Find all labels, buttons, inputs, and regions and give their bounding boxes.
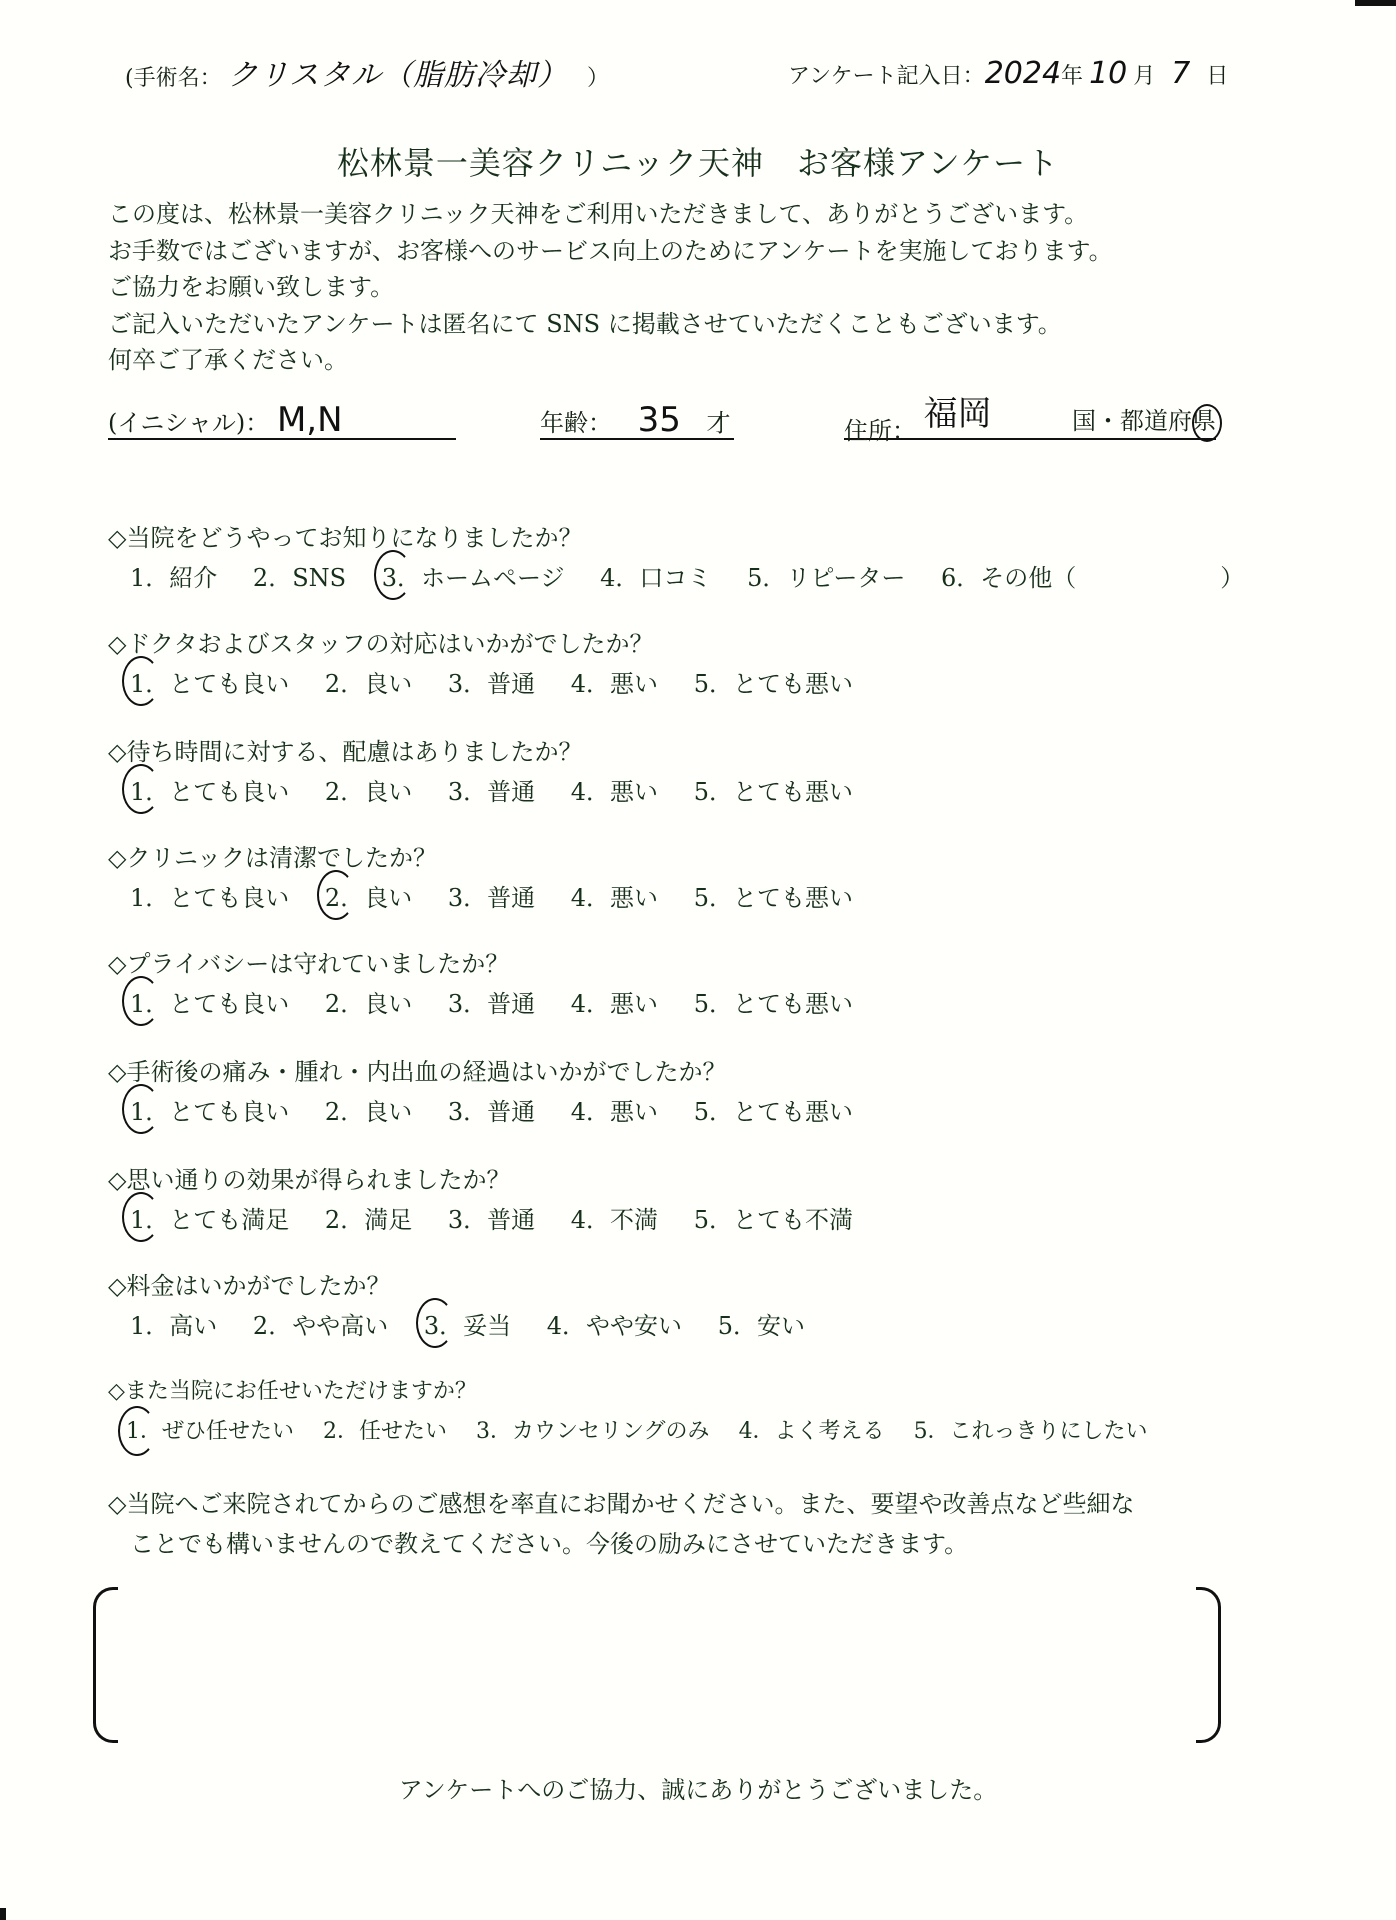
option[interactable]: 3．普通 (448, 984, 535, 1019)
option[interactable]: 4．悪い (571, 1092, 658, 1127)
option[interactable]: 3．カウンセリングのみ (476, 1414, 710, 1445)
procedure-value: クリスタル（脂肪冷却） (228, 58, 553, 93)
option-selected[interactable]: 2．良い (325, 878, 412, 913)
address-label: 住所： (844, 417, 916, 445)
option[interactable]: 4．悪い (571, 878, 658, 913)
year-unit: 年 (1061, 64, 1083, 89)
intro-line: この度は、松林景一美容クリニック天神をご利用いただきまして、ありがとうございます… (108, 196, 1113, 233)
question-wait-time: ◇待ち時間に対する、配慮はありましたか？ 1．とても良い 2．良い 3．普通 4… (108, 732, 881, 807)
option-group: 1．高い 2．やや高い 3．妥当 4．やや安い 5．安い (108, 1306, 833, 1341)
question-results: ◇思い通りの効果が得られましたか？ 1．とても満足 2．満足 3．普通 4．不満… (108, 1160, 881, 1235)
question-privacy: ◇プライバシーは守れていましたか？ 1．とても良い 2．良い 3．普通 4．悪い… (108, 944, 881, 1019)
option[interactable]: 3．普通 (448, 1092, 535, 1127)
option[interactable]: 5．これっきりにしたい (914, 1414, 1148, 1445)
option[interactable]: 1．とても良い (130, 878, 289, 913)
comments-prompt: ◇当院へご来院されてからのご感想を率直にお聞かせください。また、要望や改善点など… (108, 1484, 1134, 1564)
selected-circle: 1．とても満足 (130, 1200, 289, 1235)
option[interactable]: 4．悪い (571, 772, 658, 807)
option-group: 1．とても満足 2．満足 3．普通 4．不満 5．とても不満 (108, 1200, 881, 1235)
selected-circle: 1．ぜひ任せたい (126, 1414, 294, 1445)
option[interactable]: 5．とても悪い (694, 878, 853, 913)
option-group: 1．とても良い 2．良い 3．普通 4．悪い 5．とても悪い (108, 664, 881, 699)
option[interactable]: 2．やや高い (253, 1306, 388, 1341)
intro-line: お手数ではございますが、お客様へのサービス向上のためにアンケートを実施しておりま… (108, 233, 1113, 270)
day-unit: 日 (1206, 64, 1228, 89)
date-year: 2024 (985, 56, 1061, 91)
question-text: ◇プライバシーは守れていましたか？ (108, 944, 881, 978)
option-group: 1．とても良い 2．良い 3．普通 4．悪い 5．とても悪い (108, 772, 881, 807)
procedure-label: (手術名： (125, 66, 222, 91)
scan-edge-mark (0, 1908, 6, 1920)
question-staff: ◇ドクタおよびスタッフの対応はいかがでしたか？ 1．とても良い 2．良い 3．普… (108, 624, 881, 699)
intro-line: ご記入いただいたアンケートは匿名にて SNS に掲載させていただくこともございま… (108, 306, 1113, 343)
option[interactable]: 3．普通 (448, 664, 535, 699)
option[interactable]: 2．良い (325, 1092, 412, 1127)
option[interactable]: 4．口コミ (600, 558, 711, 593)
option[interactable]: 5．とても不満 (694, 1200, 853, 1235)
initial-label: (イニシャル)： (108, 409, 269, 437)
option-group: 1．ぜひ任せたい 2．任せたい 3．カウンセリングのみ 4．よく考える 5．これ… (108, 1414, 1148, 1445)
comments-area[interactable] (120, 1592, 1190, 1732)
address-value: 福岡 (924, 394, 992, 434)
question-return: ◇また当院にお任せいただけますか？ 1．ぜひ任せたい 2．任せたい 3．カウンセ… (108, 1374, 1148, 1445)
option[interactable]: 5．とても悪い (694, 984, 853, 1019)
selected-circle: 1．とても良い (130, 772, 289, 807)
selected-circle: 3．ホームページ (382, 558, 565, 593)
comments-prompt-line: ことでも構いませんので教えてください。今後の励みにさせていただきます。 (108, 1524, 1134, 1564)
thank-you-footer: アンケートへのご協力、誠にありがとうございました。 (0, 1770, 1396, 1805)
address-field[interactable]: 住所： 福岡 国・都道府県 (844, 400, 1216, 440)
selected-circle: 1．とても良い (130, 1092, 289, 1127)
procedure-close: ） (587, 66, 609, 91)
question-text: ◇手術後の痛み・腫れ・内出血の経過はいかがでしたか？ (108, 1052, 881, 1086)
option[interactable]: 4．やや安い (547, 1306, 682, 1341)
month-unit: 月 (1133, 64, 1155, 89)
option-selected[interactable]: 3．妥当 (424, 1306, 511, 1341)
option-group: 1．とても良い 2．良い 3．普通 4．悪い 5．とても悪い (108, 1092, 881, 1127)
option[interactable]: 4．悪い (571, 664, 658, 699)
comment-box-right-bracket (1196, 1587, 1221, 1743)
option[interactable]: 3．普通 (448, 772, 535, 807)
question-text: ◇ドクタおよびスタッフの対応はいかがでしたか？ (108, 624, 881, 658)
prefecture-circle-mark (1192, 404, 1222, 442)
option[interactable]: 2．SNS (253, 558, 346, 593)
option[interactable]: 2．満足 (325, 1200, 412, 1235)
option[interactable]: 5．とても悪い (694, 1092, 853, 1127)
option[interactable]: 4．よく考える (739, 1414, 885, 1445)
option[interactable]: 2．良い (325, 984, 412, 1019)
survey-date: アンケート記入日：2024年10月7日 (788, 56, 1228, 91)
question-text: ◇当院をどうやってお知りになりましたか？ (108, 518, 1272, 552)
option[interactable]: 4．不満 (571, 1200, 658, 1235)
option[interactable]: 5．とても悪い (694, 664, 853, 699)
option-selected[interactable]: 3．ホームページ (382, 558, 565, 593)
option[interactable]: 5．リピーター (747, 558, 905, 593)
question-price: ◇料金はいかがでしたか？ 1．高い 2．やや高い 3．妥当 4．やや安い 5．安… (108, 1266, 833, 1341)
comment-box-left-bracket (93, 1587, 118, 1743)
option-selected[interactable]: 1．とても満足 (130, 1200, 289, 1235)
date-day: 7 (1171, 56, 1190, 91)
selected-circle: 1．とても良い (130, 664, 289, 699)
option-selected[interactable]: 1．とても良い (130, 984, 289, 1019)
option-selected[interactable]: 1．とても良い (130, 772, 289, 807)
question-text: ◇思い通りの効果が得られましたか？ (108, 1160, 881, 1194)
option[interactable]: 1．紹介 (130, 558, 217, 593)
question-referral: ◇当院をどうやってお知りになりましたか？ 1．紹介 2．SNS 3．ホームページ… (108, 518, 1272, 593)
selected-circle: 2．良い (325, 878, 412, 913)
age-label: 年齢： (540, 409, 612, 437)
option-group: 1．とても良い 2．良い 3．普通 4．悪い 5．とても悪い (108, 984, 881, 1019)
option[interactable]: 2．任せたい (323, 1414, 447, 1445)
option-group: 1．とても良い 2．良い 3．普通 4．悪い 5．とても悪い (108, 878, 881, 913)
option[interactable]: 5．とても悪い (694, 772, 853, 807)
initial-value: M,N (277, 400, 343, 440)
option-other[interactable]: 6．その他（ ） (941, 558, 1244, 593)
scan-edge-mark (1355, 0, 1396, 6)
option[interactable]: 4．悪い (571, 984, 658, 1019)
comments-prompt-line: ◇当院へご来院されてからのご感想を率直にお聞かせください。また、要望や改善点など… (108, 1484, 1134, 1524)
age-unit: 才 (707, 409, 731, 437)
question-recovery: ◇手術後の痛み・腫れ・内出血の経過はいかがでしたか？ 1．とても良い 2．良い … (108, 1052, 881, 1127)
intro-line: ご協力をお願い致します。 (108, 269, 1113, 306)
procedure-header: (手術名：クリスタル（脂肪冷却）） (125, 50, 609, 94)
question-text: ◇クリニックは清潔でしたか？ (108, 838, 881, 872)
date-label: アンケート記入日： (788, 64, 985, 89)
option[interactable]: 1．高い (130, 1306, 217, 1341)
date-month: 10 (1089, 56, 1127, 91)
age-field[interactable]: 年齢： 35 才 (540, 400, 734, 440)
option-selected[interactable]: 1．とても良い (130, 1092, 289, 1127)
selected-circle: 1．とても良い (130, 984, 289, 1019)
option[interactable]: 2．良い (325, 664, 412, 699)
option[interactable]: 3．普通 (448, 1200, 535, 1235)
option[interactable]: 2．良い (325, 772, 412, 807)
option[interactable]: 5．安い (718, 1306, 805, 1341)
option-selected[interactable]: 1．とても良い (130, 664, 289, 699)
option-selected[interactable]: 1．ぜひ任せたい (126, 1414, 294, 1445)
selected-circle: 3．妥当 (424, 1306, 511, 1341)
question-text: ◇また当院にお任せいただけますか？ (108, 1374, 1148, 1408)
option-group: 1．紹介 2．SNS 3．ホームページ 4．口コミ 5．リピーター 6．その他（… (108, 558, 1272, 593)
question-text: ◇待ち時間に対する、配慮はありましたか？ (108, 732, 881, 766)
question-cleanliness: ◇クリニックは清潔でしたか？ 1．とても良い 2．良い 3．普通 4．悪い 5．… (108, 838, 881, 913)
option[interactable]: 3．普通 (448, 878, 535, 913)
age-value: 35 (638, 400, 681, 440)
question-text: ◇料金はいかがでしたか？ (108, 1266, 833, 1300)
initial-field[interactable]: (イニシャル)： M,N (108, 400, 456, 440)
page-title: 松林景一美容クリニック天神 お客様アンケート (0, 138, 1396, 184)
intro-line: 何卒ご了承ください。 (108, 342, 1113, 379)
intro-text: この度は、松林景一美容クリニック天神をご利用いただきまして、ありがとうございます… (108, 196, 1113, 379)
